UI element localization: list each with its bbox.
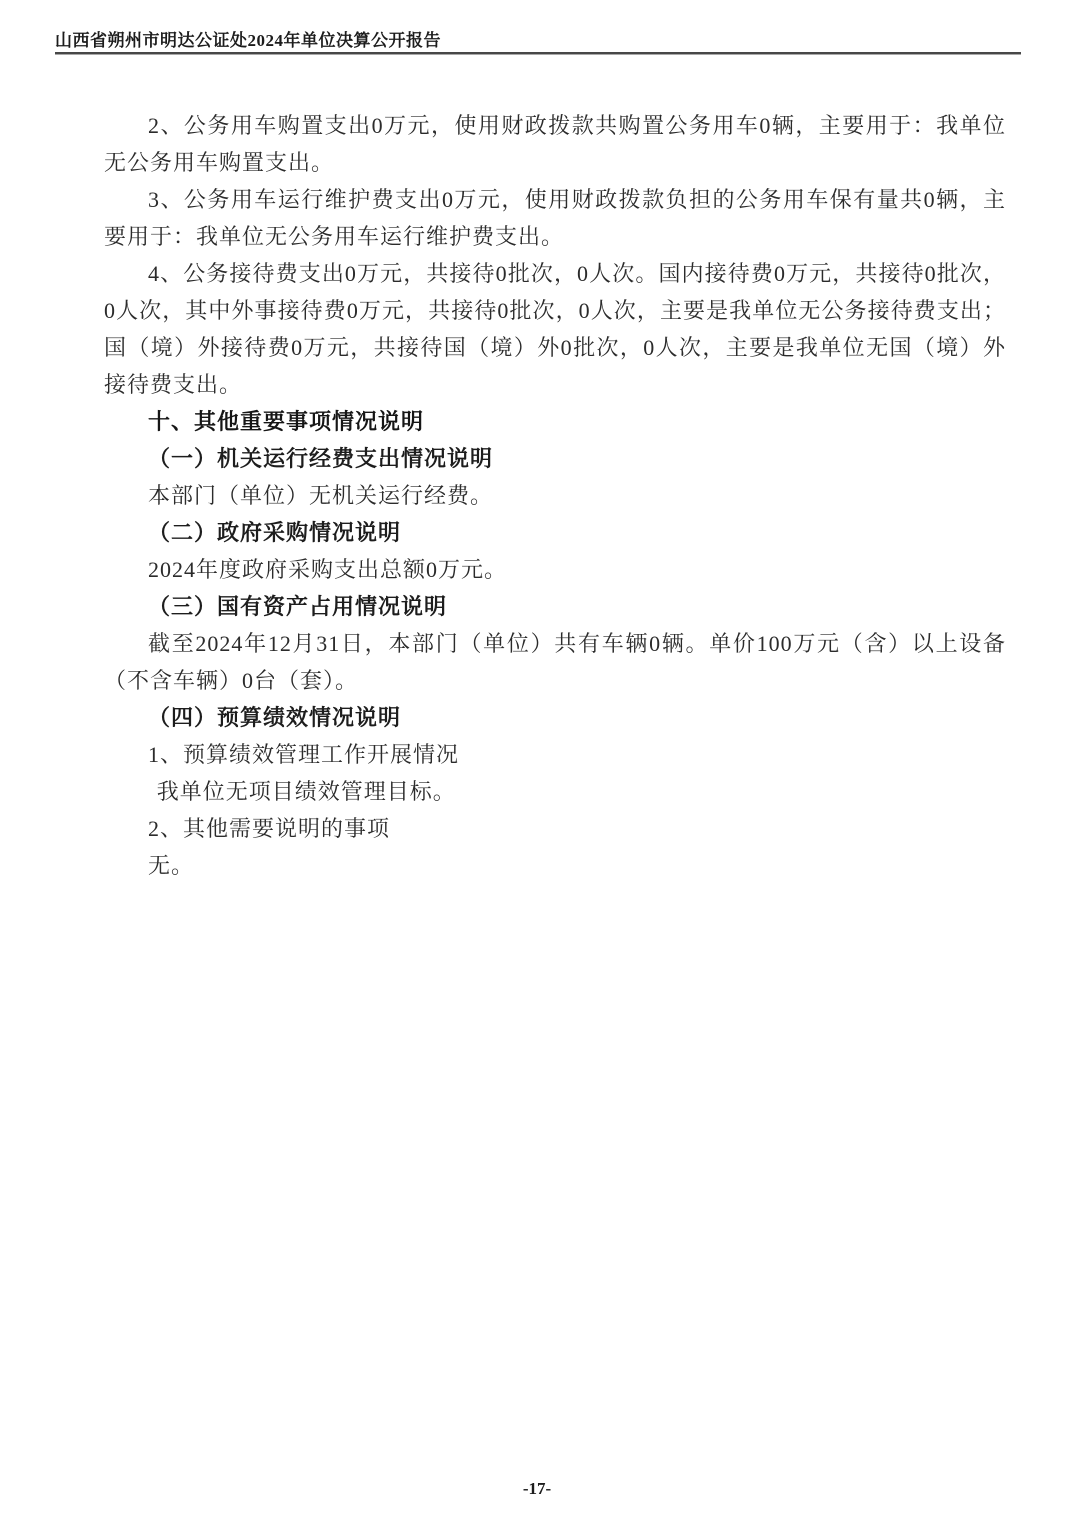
section-heading-other-important-items: 十、其他重要事项情况说明 [104,403,1006,440]
subheading-state-asset-occupancy: （三）国有资产占用情况说明 [104,588,1006,625]
running-header: 山西省朔州市明达公证处2024年单位决算公开报告 [55,26,1021,51]
subheading-budget-performance: （四）预算绩效情况说明 [104,699,1006,736]
subheading-agency-operating-expense: （一）机关运行经费支出情况说明 [104,440,1006,477]
paragraph-government-procurement: 2024年度政府采购支出总额0万元。 [104,551,1006,588]
document-body: 2、公务用车购置支出0万元，使用财政拨款共购置公务用车0辆，主要用于：我单位无公… [104,107,1006,884]
paragraph-none: 无。 [104,847,1006,884]
paragraph-agency-operating-expense: 本部门（单位）无机关运行经费。 [104,477,1006,514]
subheading-government-procurement: （二）政府采购情况说明 [104,514,1006,551]
paragraph-official-reception: 4、公务接待费支出0万元，共接待0批次，0人次。国内接待费0万元，共接待0批次，… [104,255,1006,403]
paragraph-state-asset-occupancy: 截至2024年12月31日，本部门（单位）共有车辆0辆。单价100万元（含）以上… [104,625,1006,699]
footer: -17- [0,1479,1074,1499]
page-number: -17- [523,1479,551,1498]
report-title: 山西省朔州市明达公证处2024年单位决算公开报告 [55,31,441,50]
paragraph-performance-management: 1、预算绩效管理工作开展情况 [104,736,1006,773]
header-divider [55,52,1021,55]
paragraph-official-car-maintenance: 3、公务用车运行维护费支出0万元，使用财政拨款负担的公务用车保有量共0辆，主要用… [104,181,1006,255]
paragraph-other-items-heading: 2、其他需要说明的事项 [104,810,1006,847]
document-page: 山西省朔州市明达公证处2024年单位决算公开报告 2、公务用车购置支出0万元，使… [0,0,1074,1520]
paragraph-official-car-purchase: 2、公务用车购置支出0万元，使用财政拨款共购置公务用车0辆，主要用于：我单位无公… [104,107,1006,181]
paragraph-no-performance-targets: 我单位无项目绩效管理目标。 [104,773,1006,810]
